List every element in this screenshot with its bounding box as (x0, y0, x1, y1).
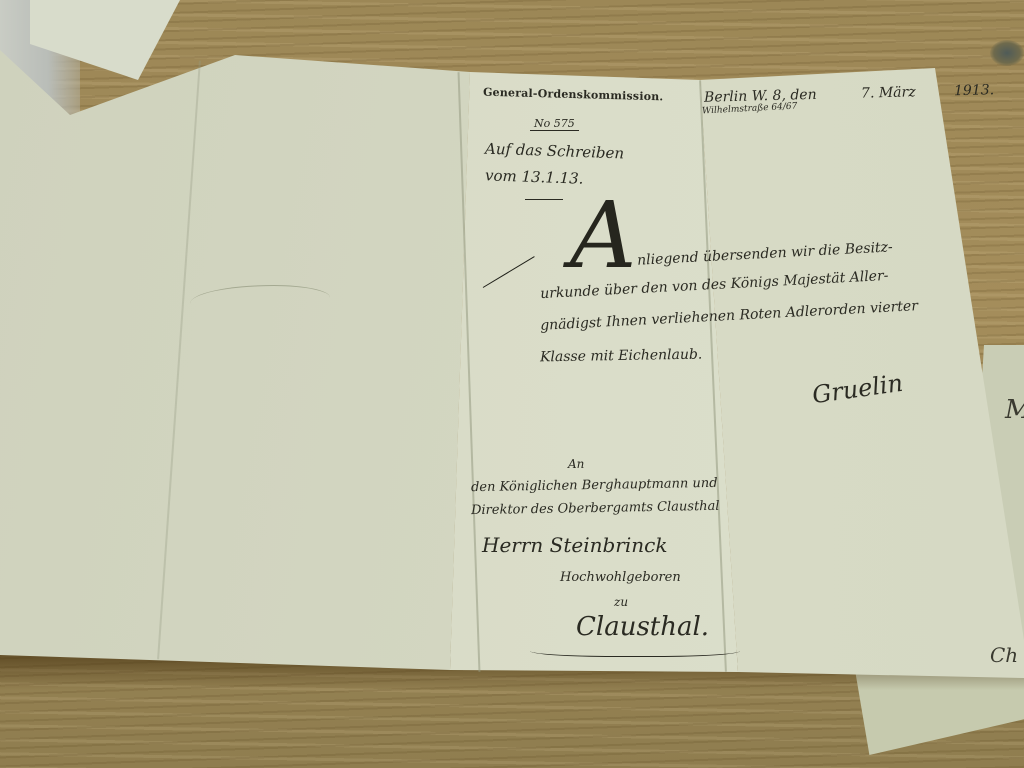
initial-capital: A (570, 190, 636, 282)
date-day-month: 7. März (861, 84, 916, 101)
reference-date: vom 13.1.13. (485, 166, 584, 187)
body-line: Klasse mit Eichenlaub. (540, 347, 703, 366)
recipient-salutation: An (568, 457, 584, 471)
underline-flourish (530, 642, 740, 657)
background-sheet-text: Ch (990, 643, 1018, 667)
recipient-city: Clausthal. (576, 612, 709, 642)
recipient-honorific: Hochwohlgeboren (560, 570, 681, 585)
recipient-preposition: zu (614, 595, 628, 609)
reference-rule (525, 199, 563, 200)
date-year: 1913. (954, 82, 994, 99)
letter-document: General-Ordenskommission. No 575 Auf das… (0, 0, 1024, 768)
recipient-name: Herrn Steinbrinck (482, 533, 667, 557)
reference-number: No 575 (530, 117, 579, 131)
